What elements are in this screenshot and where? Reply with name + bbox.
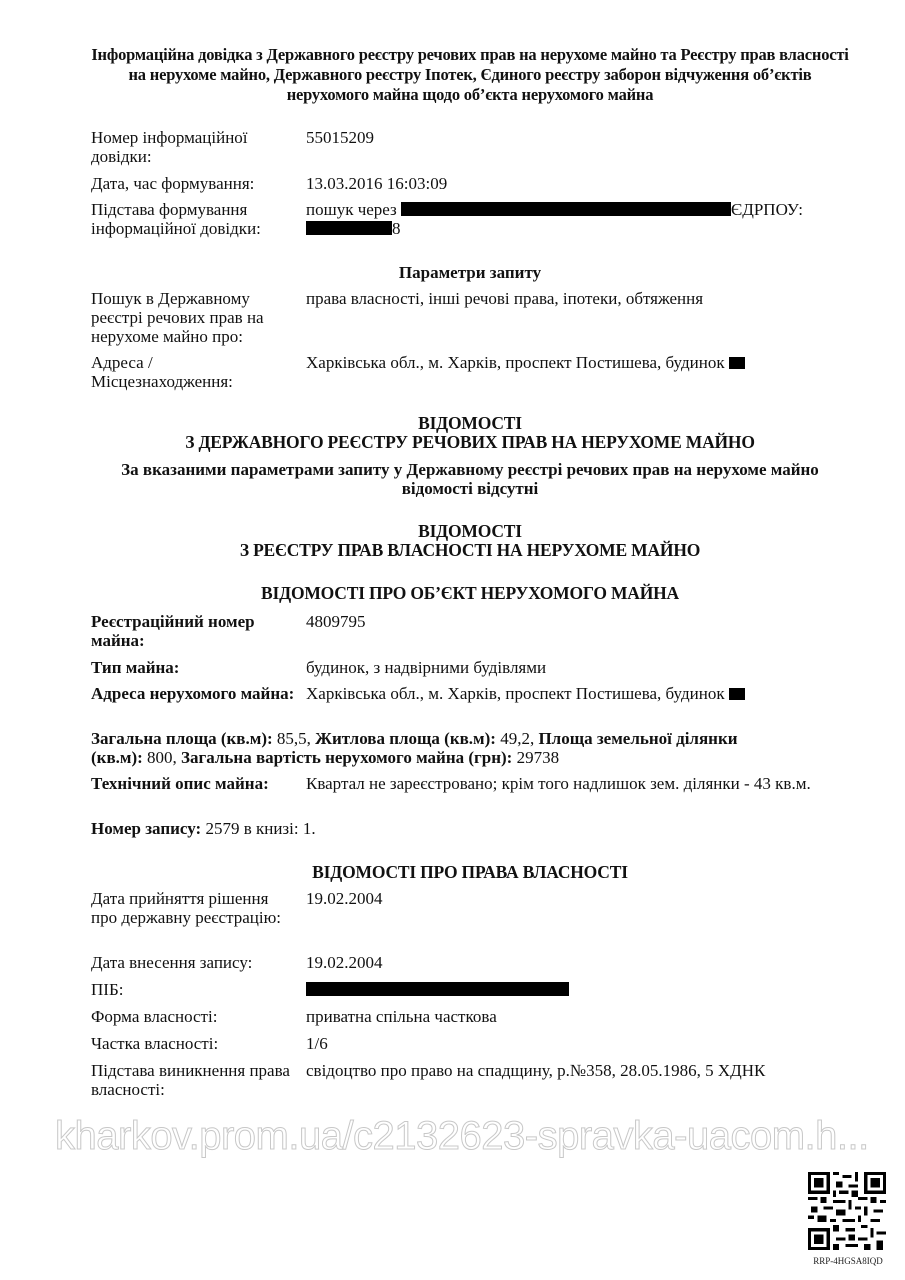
query-params-heading: Параметри запиту xyxy=(80,263,860,282)
document-title: Інформаційна довідка з Державного реєстр… xyxy=(90,45,850,105)
field-label: Реєстраційний номер майна: xyxy=(91,612,296,650)
property-areas: Загальна площа (кв.м): 85,5, Житлова пло… xyxy=(91,729,851,767)
field-label: Підстава формування інформаційної довідк… xyxy=(91,200,296,238)
basis-suffix: ЄДРПОУ: xyxy=(731,200,803,219)
field-value: будинок, з надвірними будівлями xyxy=(306,658,846,677)
field-label: Адреса / Місцезнаходження: xyxy=(91,353,296,391)
property-heading: ВІДОМОСТІ ПРО ОБ’ЄКТ НЕРУХОМОГО МАЙНА xyxy=(80,584,860,603)
field-value: пошук через ЄДРПОУ: 8 xyxy=(306,200,846,238)
field-value: 19.02.2004 xyxy=(306,953,846,972)
field-value: Харківська обл., м. Харків, проспект Пос… xyxy=(306,684,846,703)
field-value: Харківська обл., м. Харків, проспект Пос… xyxy=(306,353,846,372)
qr-code-icon xyxy=(808,1172,886,1250)
field-label: Форма власності: xyxy=(91,1007,296,1026)
field-value: права власності, інші речові права, іпот… xyxy=(306,289,846,308)
field-value: 1/6 xyxy=(306,1034,846,1053)
rights-heading: ВІДОМОСТІ ПРО ПРАВА ВЛАСНОСТІ xyxy=(80,863,860,882)
document-code: RRP-4HGSA8IQD xyxy=(800,1256,896,1267)
field-label: Дата, час формування: xyxy=(91,174,296,193)
field-label: Пошук в Державному реєстрі речових прав … xyxy=(91,289,296,346)
field-value xyxy=(306,980,846,999)
redaction-bar xyxy=(401,202,731,216)
basis-tail: 8 xyxy=(392,219,401,238)
state-register-heading: ВІДОМОСТІ З ДЕРЖАВНОГО РЕЄСТРУ РЕЧОВИХ П… xyxy=(80,414,860,452)
field-label: Дата прийняття рішення про державну реєс… xyxy=(91,889,296,927)
field-record-number: Номер запису: 2579 в книзі: 1. xyxy=(91,819,851,838)
field-label: Частка власності: xyxy=(91,1034,296,1053)
document-page: Інформаційна довідка з Державного реєстр… xyxy=(0,0,905,1280)
redaction-bar xyxy=(306,221,392,235)
field-value: свідоцтво про право на спадщину, р.№358,… xyxy=(306,1061,846,1080)
field-label: Підстава виникнення права власності: xyxy=(91,1061,296,1099)
field-label: Технічний опис майна: xyxy=(91,774,296,793)
watermark-text: kharkov.prom.ua/c2132623-spravka-uacom.h… xyxy=(55,1112,875,1160)
basis-prefix: пошук через xyxy=(306,200,397,219)
field-label: Дата внесення запису: xyxy=(91,953,296,972)
field-label: Номер інформаційної довідки: xyxy=(91,128,296,166)
field-value: 19.02.2004 xyxy=(306,889,846,908)
redaction-bar xyxy=(729,688,745,700)
redaction-bar xyxy=(729,357,745,369)
field-label: ПІБ: xyxy=(91,980,296,999)
redaction-bar xyxy=(306,982,569,996)
field-value: приватна спільна часткова xyxy=(306,1007,846,1026)
field-label: Тип майна: xyxy=(91,658,296,677)
field-value: 4809795 xyxy=(306,612,846,631)
field-value: Квартал не зареєстровано; крім того надл… xyxy=(306,774,826,793)
field-value: 55015209 xyxy=(306,128,846,147)
field-value: 13.03.2016 16:03:09 xyxy=(306,174,846,193)
ownership-register-heading: ВІДОМОСТІ З РЕЄСТРУ ПРАВ ВЛАСНОСТІ НА НЕ… xyxy=(80,522,860,560)
state-register-notice: За вказаними параметрами запиту у Держав… xyxy=(80,460,860,498)
field-label: Адреса нерухомого майна: xyxy=(91,684,296,703)
